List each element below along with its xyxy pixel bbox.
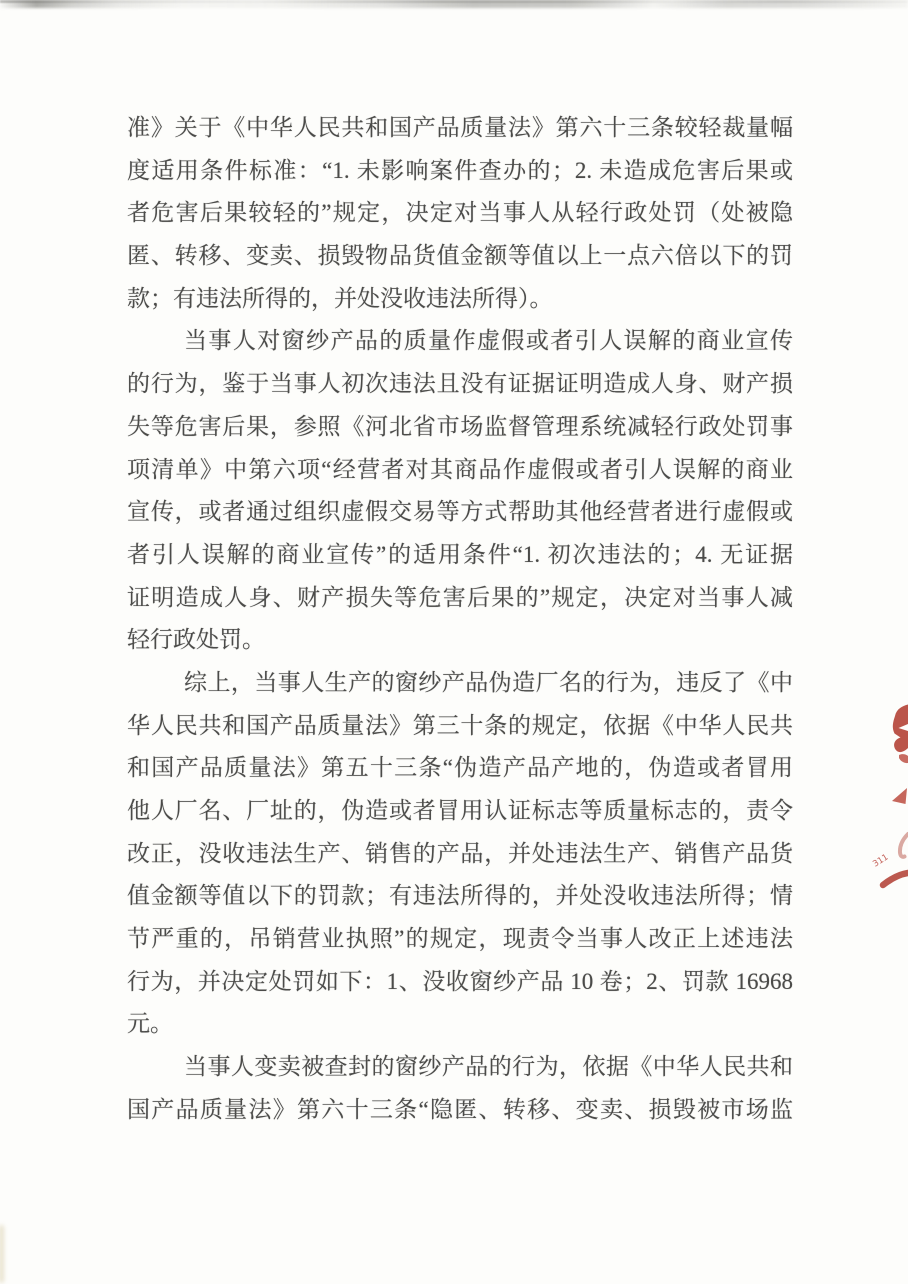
text-line: 元。 (127, 1003, 793, 1046)
red-ink-stroke-light (900, 834, 908, 857)
red-ink-triangle-mark (892, 788, 907, 804)
text-line: 值金额等值以下的罚款；有违法所得的，并处没收违法所得；情 (127, 875, 793, 918)
text-line: 失等危害后果，参照《河北省市场监督管理系统减轻行政处罚事 (127, 406, 793, 449)
text-line: 度适用条件标准：“1. 未影响案件查办的；2. 未造成危害后果或 (127, 150, 793, 193)
scanned-document-page: 准》关于《中华人民共和国产品质量法》第六十三条较轻裁量幅度适用条件标准：“1. … (0, 0, 908, 1284)
red-ink-stroke-bold (883, 873, 908, 885)
text-line: 当事人变卖被查封的窗纱产品的行为，依据《中华人民共和 (127, 1046, 793, 1089)
text-line: 轻行政处罚。 (127, 619, 793, 662)
red-ink-blob-tail (899, 754, 908, 763)
text-line: 当事人对窗纱产品的质量作虚假或者引人误解的商业宣传 (127, 320, 793, 363)
scan-artifact-left-smudge (0, 1225, 4, 1283)
text-line: 改正，没收违法生产、销售的产品，并处违法生产、销售产品货 (127, 833, 793, 876)
text-line: 他人厂名、厂址的，伪造或者冒用认证标志等质量标志的，责令 (127, 790, 793, 833)
text-line: 节严重的，吊销营业执照”的规定，现责令当事人改正上述违法 (127, 918, 793, 961)
document-text-block: 准》关于《中华人民共和国产品质量法》第六十三条较轻裁量幅度适用条件标准：“1. … (127, 107, 793, 1132)
text-line: 华人民共和国产品质量法》第三十条的规定，依据《中华人民共 (127, 705, 793, 748)
text-line: 者引人误解的商业宣传”的适用条件“1. 初次违法的；4. 无证据 (127, 534, 793, 577)
text-line: 证明造成人身、财产损失等危害后果的”规定，决定对当事人减 (127, 577, 793, 620)
text-line: 项清单》中第六项“经营者对其商品作虚假或者引人误解的商业 (127, 449, 793, 492)
text-line: 的行为，鉴于当事人初次违法且没有证据证明造成人身、财产损 (127, 363, 793, 406)
text-line: 准》关于《中华人民共和国产品质量法》第六十三条较轻裁量幅 (127, 107, 793, 150)
red-ink-blob-mark (893, 705, 908, 753)
text-line: 匿、转移、变卖、损毁物品货值金额等值以上一点六倍以下的罚 (127, 235, 793, 278)
text-line: 和国产品质量法》第五十三条“伪造产品产地的，伪造或者冒用 (127, 747, 793, 790)
text-line: 宣传，或者通过组织虚假交易等方式帮助其他经营者进行虚假或 (127, 491, 793, 534)
text-line: 综上，当事人生产的窗纱产品伪造厂名的行为，违反了《中 (127, 662, 793, 705)
text-line: 国产品质量法》第六十三条“隐匿、转移、变卖、损毁被市场监 (127, 1089, 793, 1132)
text-line: 款；有违法所得的，并处没收违法所得）。 (127, 278, 793, 321)
scan-artifact-top-edge-line (0, 0, 908, 3)
red-ink-marginalia: 311 (858, 695, 908, 895)
text-line: 行为，并决定处罚如下：1、没收窗纱产品 10 卷；2、罚款 16968 (127, 961, 793, 1004)
red-ink-number: 311 (871, 852, 890, 869)
text-line: 者危害后果较轻的”规定，决定对当事人从轻行政处罚（处被隐 (127, 192, 793, 235)
